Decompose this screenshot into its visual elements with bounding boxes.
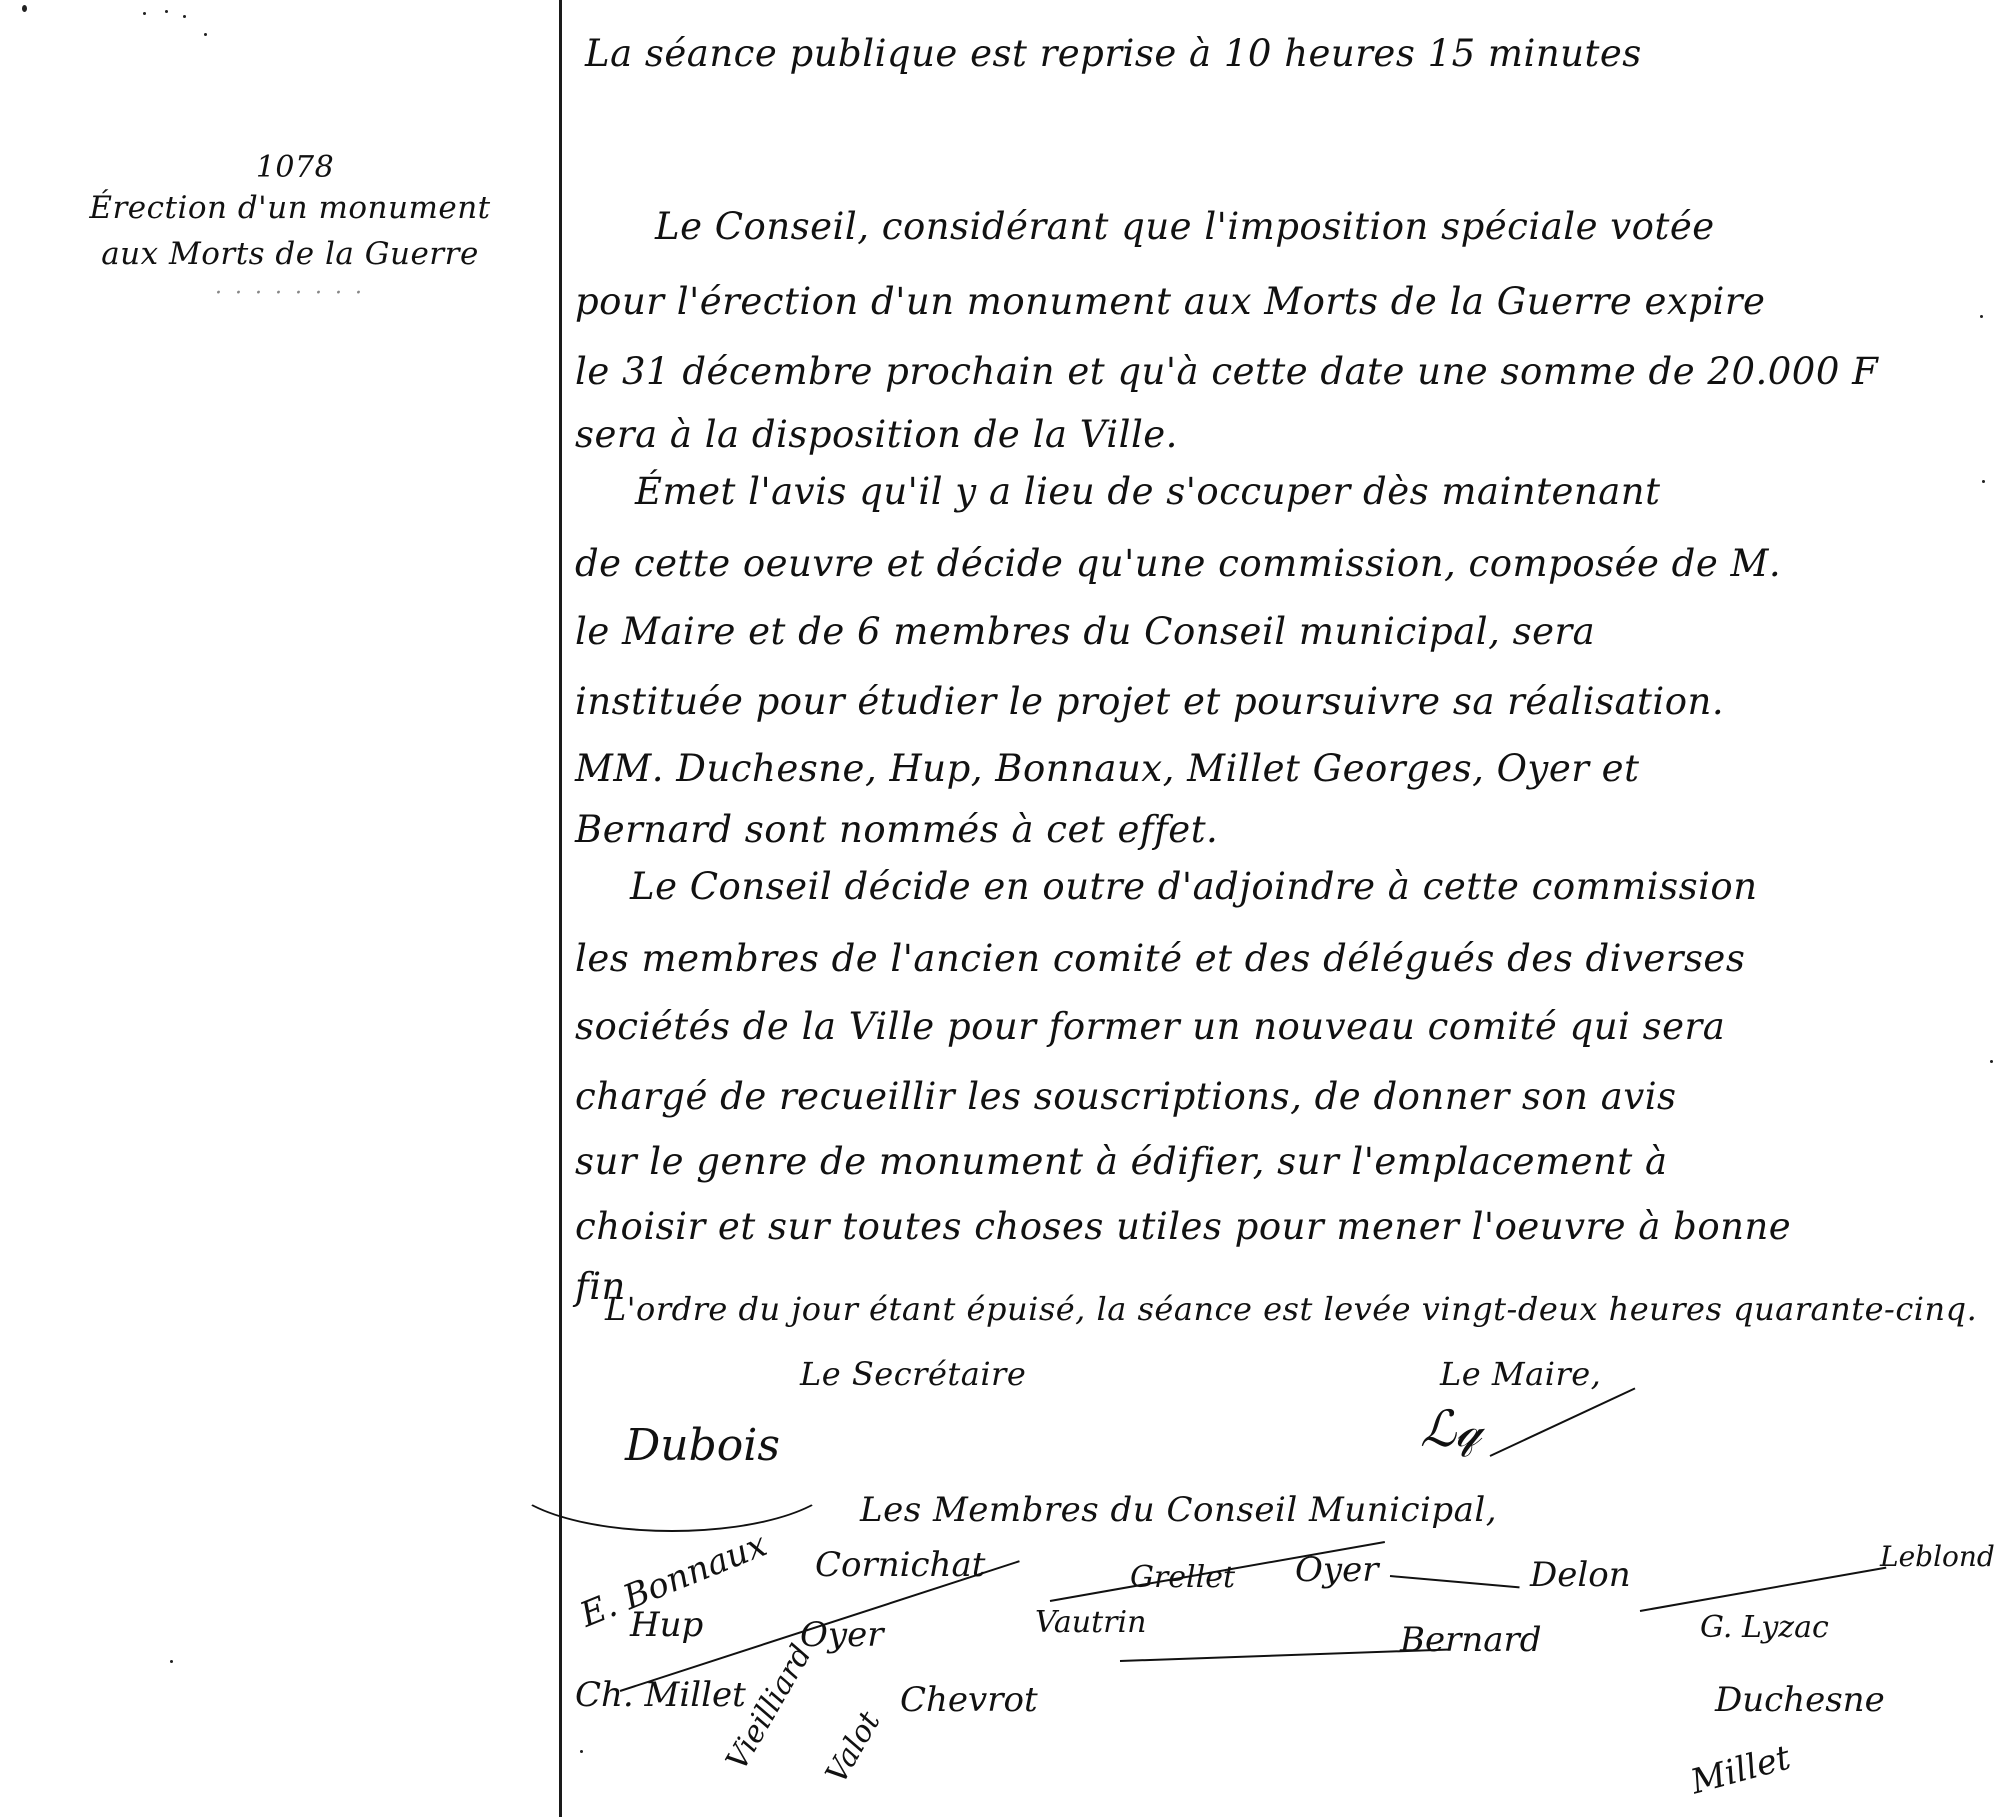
scan-speck (170, 1660, 173, 1663)
member-signature: Ch. Millet (575, 1675, 746, 1715)
body-line: La séance publique est reprise à 10 heur… (585, 32, 1642, 76)
scan-speck (143, 12, 146, 15)
secretary-label: Le Secrétaire (800, 1355, 1026, 1393)
body-line: chargé de recueillir les souscriptions, … (575, 1075, 1677, 1119)
body-line: Le Conseil décide en outre d'adjoindre à… (630, 865, 1758, 909)
body-line: Bernard sont nommés à cet effet. (575, 808, 1218, 852)
scan-speck (22, 5, 27, 12)
margin-title-line-1: Érection d'un monument (40, 185, 540, 231)
body-line: MM. Duchesne, Hup, Bonnaux, Millet Georg… (575, 747, 1639, 791)
scan-speck (580, 1750, 583, 1753)
scan-speck (1980, 315, 1983, 318)
member-signature: Chevrot (900, 1680, 1038, 1720)
member-signature: Vautrin (1035, 1605, 1146, 1640)
closing-statement: L'ordre du jour étant épuisé, la séance … (605, 1290, 1977, 1328)
body-line: instituée pour étudier le projet et pour… (575, 680, 1724, 724)
secretary-signature: Dubois (625, 1420, 780, 1471)
document-page: 1078 Érection d'un monument aux Morts de… (0, 0, 2000, 1817)
member-signature: G. Lyzac (1700, 1610, 1829, 1645)
margin-pencil-annotation: · · · · · · · · (40, 281, 540, 306)
scan-speck (165, 10, 168, 13)
body-line: Émet l'avis qu'il y a lieu de s'occuper … (635, 470, 1661, 514)
margin-title-line-2: aux Morts de la Guerre (40, 231, 540, 277)
member-signature: Millet (1687, 1738, 1795, 1803)
scan-speck (1982, 480, 1985, 483)
mayor-signature: ℒ𝓆 (1420, 1400, 1481, 1459)
mayor-signature-stroke (1490, 1387, 1636, 1456)
body-line: les membres de l'ancien comité et des dé… (575, 937, 1745, 981)
member-signature: Bernard (1400, 1620, 1542, 1660)
body-line: pour l'érection d'un monument aux Morts … (575, 280, 1765, 324)
scan-speck (183, 15, 186, 18)
body-line: sociétés de la Ville pour former un nouv… (575, 1005, 1725, 1049)
body-line: le 31 décembre prochain et qu'à cette da… (575, 350, 1878, 394)
member-signature: Valot (819, 1706, 888, 1790)
signature-strike-stroke (1390, 1575, 1520, 1588)
entry-number: 1078 (50, 150, 540, 185)
margin-rule (559, 0, 562, 1817)
member-signature: Hup (630, 1605, 703, 1645)
member-signature: Duchesne (1715, 1680, 1885, 1720)
body-line: de cette oeuvre et décide qu'une commiss… (575, 542, 1781, 586)
body-line: Le Conseil, considérant que l'imposition… (655, 205, 1715, 249)
mayor-label: Le Maire, (1440, 1355, 1601, 1393)
body-line: sur le genre de monument à édifier, sur … (575, 1140, 1668, 1184)
member-signature: Oyer (800, 1615, 883, 1655)
member-signature: Leblond (1880, 1540, 1995, 1573)
body-line: le Maire et de 6 membres du Conseil muni… (575, 610, 1595, 654)
body-line: sera à la disposition de la Ville. (575, 413, 1178, 457)
margin-note: 1078 Érection d'un monument aux Morts de… (40, 150, 540, 306)
signature-strike-stroke (1640, 1567, 1887, 1612)
scan-speck (204, 33, 207, 36)
scan-speck (1990, 1060, 1993, 1063)
council-members-label: Les Membres du Conseil Municipal, (860, 1490, 1497, 1530)
member-signature: Delon (1530, 1555, 1631, 1595)
body-line: choisir et sur toutes choses utiles pour… (575, 1205, 1791, 1249)
